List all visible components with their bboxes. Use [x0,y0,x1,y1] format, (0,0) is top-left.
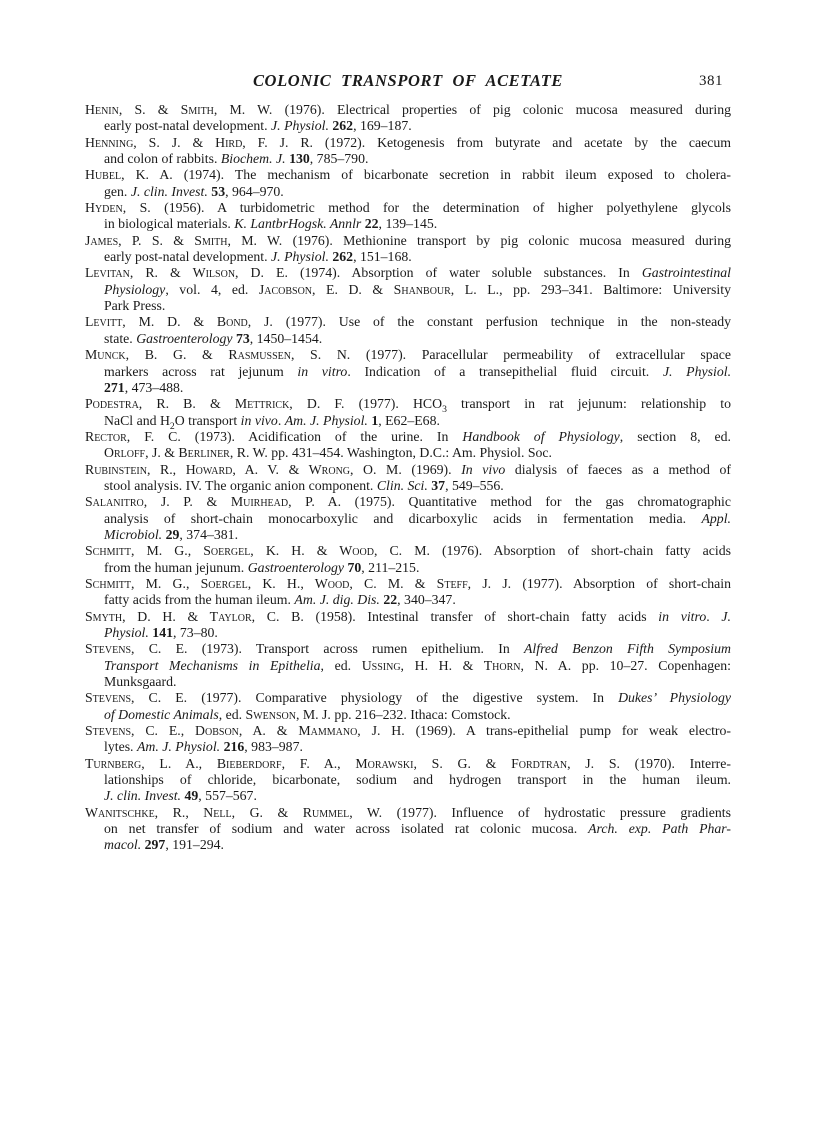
text-segment: (1977). Paracellular permeability of ext… [350,347,731,362]
text-segment: , ed. [219,707,246,722]
journal-page: COLONIC TRANSPORT OF ACETATE 381 Henin, … [0,0,816,1127]
text-segment: lytes. [104,739,137,754]
text-segment: J. [721,609,731,624]
text-segment: Handbook of Physiology [462,429,619,444]
reference-line: Wanitschke, R., Nell, G. & Rummel, W. (1… [85,805,731,821]
text-segment: from the human jejunum. [104,560,248,575]
reference-line: Stevens, C. E., Dobson, A. & Mammano, J.… [85,723,731,739]
reference-line: Levitt, M. D. & Bond, J. (1977). Use of … [85,314,731,330]
text-segment: gen. [104,184,131,199]
text-segment: transport in rat jejunum: relationship t… [447,396,731,411]
reference-entry: Henning, S. J. & Hird, F. J. R. (1972). … [85,135,731,168]
reference-line: Rubinstein, R., Howard, A. V. & Wrong, O… [85,462,731,478]
text-segment: Henning, S. J. & Hird, F. J. R. [85,135,313,150]
text-segment: in vitro [658,609,706,624]
text-segment: macol. [104,837,141,852]
text-segment: Stevens, C. E. [85,641,187,656]
text-segment: , ed. [321,658,362,673]
text-segment: Park Press. [104,298,165,313]
reference-line: in biological materials. K. LantbrHogsk.… [85,216,731,232]
reference-line: Schmitt, M. G., Soergel, K. H., Wood, C.… [85,576,731,592]
reference-line: Stevens, C. E. (1977). Comparative physi… [85,690,731,706]
text-segment: . [706,609,721,624]
text-segment: pp. 10–27. Copenhagen: [571,658,731,673]
text-segment: (1956). A turbidometric method for the d… [151,200,731,215]
text-segment: , 473–488. [125,380,184,395]
reference-line: on net transfer of sodium and water acro… [85,821,731,837]
text-segment: (1969). [402,462,461,477]
text-segment: 262 [332,249,353,264]
text-segment: Salanitro, J. P. & Muirhead, P. A. [85,494,341,509]
reference-line: gen. J. clin. Invest. 53, 964–970. [85,184,731,200]
text-segment: 262 [332,118,353,133]
text-segment: analysis of short-chain monocarboxylic a… [104,511,701,526]
reference-line: Rector, F. C. (1973). Acidification of t… [85,429,731,445]
text-segment: , 73–80. [173,625,218,640]
text-segment: 271 [104,380,125,395]
text-segment: Microbiol. [104,527,162,542]
reference-entry: Levitan, R. & Wilson, D. E. (1974). Abso… [85,265,731,314]
text-segment: 22 [365,216,379,231]
text-segment: pp. 431–454. Washington, D.C.: Am. Physi… [268,445,552,460]
text-segment: Am. J. Physiol. [285,413,368,428]
reference-line: 271, 473–488. [85,380,731,396]
text-segment: (1976). Electrical properties of pig col… [272,102,731,117]
reference-line: markers across rat jejunum in vitro. Ind… [85,364,731,380]
text-segment: , 1450–1454. [250,331,322,346]
text-segment: Biochem. J. [221,151,286,166]
text-segment: K. LantbrHogsk. Annlr [234,216,361,231]
text-segment: In vivo [461,462,505,477]
reference-list: Henin, S. & Smith, M. W. (1976). Electri… [85,102,731,854]
text-segment: . [278,413,285,428]
text-segment: Am. J. dig. Dis. [294,592,379,607]
reference-line: Hyden, S. (1956). A turbidometric method… [85,200,731,216]
reference-line: of Domestic Animals, ed. Swenson, M. J. … [85,707,731,723]
text-segment: Wanitschke, R., Nell, G. & Rummel, W. [85,805,382,820]
text-segment: , 191–294. [165,837,224,852]
text-segment: Clin. Sci. [377,478,428,493]
text-segment: Hyden, S. [85,200,151,215]
reference-line: J. clin. Invest. 49, 557–567. [85,788,731,804]
text-segment: (1973). Acidification of the urine. In [181,429,463,444]
reference-line: Physiol. 141, 73–80. [85,625,731,641]
text-segment: lationships of chloride, bicarbonate, so… [104,772,731,787]
text-segment: . Indication of a transepithelial fluid … [347,364,663,379]
text-segment: Stevens, C. E. [85,690,187,705]
reference-line: Levitan, R. & Wilson, D. E. (1974). Abso… [85,265,731,281]
text-segment: (1974). The mechanism of bicarbonate sec… [173,167,731,182]
reference-line: analysis of short-chain monocarboxylic a… [85,511,731,527]
text-segment: Schmitt, M. G., Soergel, K. H., Wood, C.… [85,576,511,591]
reference-line: macol. 297, 191–294. [85,837,731,853]
reference-entry: Stevens, C. E. (1973). Transport across … [85,641,731,690]
reference-entry: Levitt, M. D. & Bond, J. (1977). Use of … [85,314,731,347]
text-segment: fatty acids from the human ileum. [104,592,294,607]
text-segment: , 785–790. [310,151,369,166]
reference-line: Schmitt, M. G., Soergel, K. H. & Wood, C… [85,543,731,559]
text-segment: (1977). Use of the constant perfusion te… [273,314,731,329]
reference-entry: Stevens, C. E., Dobson, A. & Mammano, J.… [85,723,731,756]
text-segment: Alfred Benzon Fifth Symposium [524,641,731,656]
reference-line: early post-natal development. J. Physiol… [85,118,731,134]
page-content: COLONIC TRANSPORT OF ACETATE 381 Henin, … [85,71,731,854]
text-segment: J. clin. Invest. [104,788,181,803]
text-segment: , 557–567. [198,788,257,803]
text-segment: , 151–168. [353,249,412,264]
reference-line: and colon of rabbits. Biochem. J. 130, 7… [85,151,731,167]
text-segment: Arch. exp. Path Phar- [588,821,731,836]
text-segment: (1977). Absorption of short-chain [511,576,731,591]
text-segment: (1970). Interre- [620,756,731,771]
reference-line: Microbiol. 29, 374–381. [85,527,731,543]
text-segment: 73 [236,331,250,346]
text-segment: , 139–145. [379,216,438,231]
text-segment: Rector, F. C. [85,429,181,444]
text-segment: Gastrointestinal [642,265,731,280]
text-segment: (1977). Influence of hydrostatic pressur… [382,805,731,820]
text-segment: 216 [224,739,245,754]
text-segment: (1958). Intestinal transfer of short-cha… [304,609,659,624]
text-segment: Gastroenterology [136,331,232,346]
text-segment: markers across rat jejunum [104,364,297,379]
text-segment: 29 [166,527,180,542]
text-segment: and colon of rabbits. [104,151,221,166]
text-segment: Appl. [701,511,731,526]
text-segment: 22 [383,592,397,607]
text-segment: , 374–381. [179,527,238,542]
reference-entry: Schmitt, M. G., Soergel, K. H. & Wood, C… [85,543,731,576]
text-segment: J. Physiol. [271,249,329,264]
reference-line: Stevens, C. E. (1973). Transport across … [85,641,731,657]
reference-entry: Henin, S. & Smith, M. W. (1976). Electri… [85,102,731,135]
text-segment: pp. 216–232. Ithaca: Comstock. [331,707,511,722]
reference-entry: Stevens, C. E. (1977). Comparative physi… [85,690,731,723]
text-segment: in vivo [241,413,278,428]
reference-line: Turnberg, L. A., Bieberdorf, F. A., Mora… [85,756,731,772]
text-segment: (1976). Absorption of short-chain fatty … [430,543,731,558]
text-segment: (1976). Methionine transport by pig colo… [282,233,731,248]
reference-entry: Smyth, D. H. & Taylor, C. B. (1958). Int… [85,609,731,642]
text-segment: 37 [431,478,445,493]
text-segment: , 340–347. [397,592,456,607]
text-segment: , 983–987. [244,739,303,754]
reference-line: lationships of chloride, bicarbonate, so… [85,772,731,788]
text-segment: in vitro [297,364,347,379]
text-segment: Jacobson, E. D. & Shanbour, L. L. [259,282,499,297]
text-segment: 141 [152,625,173,640]
reference-entry: Rector, F. C. (1973). Acidification of t… [85,429,731,462]
page-number: 381 [699,73,723,90]
reference-entry: Hubel, K. A. (1974). The mechanism of bi… [85,167,731,200]
text-segment: Turnberg, L. A., Bieberdorf, F. A., Mora… [85,756,620,771]
reference-line: Salanitro, J. P. & Muirhead, P. A. (1975… [85,494,731,510]
text-segment: Physiology [104,282,165,297]
reference-line: state. Gastroenterology 73, 1450–1454. [85,331,731,347]
text-segment: (1977). Comparative physiology of the di… [187,690,618,705]
reference-line: Podestra, R. B. & Mettrick, D. F. (1977)… [85,396,731,412]
text-segment: , vol. 4, ed. [165,282,259,297]
text-segment: , 211–215. [361,560,419,575]
text-segment: state. [104,331,136,346]
text-segment: Podestra, R. B. & Mettrick, D. F. [85,396,344,411]
reference-entry: Salanitro, J. P. & Muirhead, P. A. (1975… [85,494,731,543]
reference-line: Smyth, D. H. & Taylor, C. B. (1958). Int… [85,609,731,625]
text-segment: Dukes’ Physiology [618,690,731,705]
reference-entry: Munck, B. G. & Rasmussen, S. N. (1977). … [85,347,731,396]
reference-line: fatty acids from the human ileum. Am. J.… [85,592,731,608]
text-segment: , section 8, ed. [620,429,731,444]
text-segment: J. clin. Invest. [131,184,208,199]
text-segment: Transport Mechanisms in Epithelia [104,658,321,673]
reference-entry: Hyden, S. (1956). A turbidometric method… [85,200,731,233]
text-segment: , 549–556. [445,478,504,493]
page-header: COLONIC TRANSPORT OF ACETATE 381 [85,71,731,94]
reference-line: stool analysis. IV. The organic anion co… [85,478,731,494]
text-segment: early post-natal development. [104,249,271,264]
text-segment: Munksgaard. [104,674,176,689]
text-segment: in biological materials. [104,216,234,231]
text-segment: Ussing, H. H. & Thorn, N. A. [362,658,572,673]
reference-line: Munck, B. G. & Rasmussen, S. N. (1977). … [85,347,731,363]
text-segment: , pp. 293–341. Baltimore: University [499,282,731,297]
reference-entry: Rubinstein, R., Howard, A. V. & Wrong, O… [85,462,731,495]
reference-line: lytes. Am. J. Physiol. 216, 983–987. [85,739,731,755]
reference-line: Transport Mechanisms in Epithelia, ed. U… [85,658,731,674]
text-segment: Am. J. Physiol. [137,739,220,754]
reference-line: James, P. S. & Smith, M. W. (1976). Meth… [85,233,731,249]
text-segment: (1972). Ketogenesis from butyrate and ac… [313,135,731,150]
text-segment: , E62–E68. [378,413,440,428]
reference-entry: Schmitt, M. G., Soergel, K. H., Wood, C.… [85,576,731,609]
text-segment: 49 [184,788,198,803]
reference-entry: Podestra, R. B. & Mettrick, D. F. (1977)… [85,396,731,429]
text-segment: (1975). Quantitative method for the gas … [341,494,731,509]
reference-line: Park Press. [85,298,731,314]
text-segment: Physiol. [104,625,149,640]
text-segment: James, P. S. & Smith, M. W. [85,233,282,248]
text-segment: Munck, B. G. & Rasmussen, S. N. [85,347,350,362]
text-segment: O transport [175,413,241,428]
text-segment: 70 [347,560,361,575]
reference-entry: James, P. S. & Smith, M. W. (1976). Meth… [85,233,731,266]
reference-entry: Wanitschke, R., Nell, G. & Rummel, W. (1… [85,805,731,854]
running-head-title: COLONIC TRANSPORT OF ACETATE [85,71,731,91]
text-segment: on net transfer of sodium and water acro… [104,821,588,836]
text-segment: of Domestic Animals [104,707,219,722]
text-segment: (1977). HCO [344,396,442,411]
reference-line: Henning, S. J. & Hird, F. J. R. (1972). … [85,135,731,151]
reference-line: NaCl and H2O transport in vivo. Am. J. P… [85,413,731,429]
text-segment: dialysis of faeces as a method of [505,462,731,477]
text-segment: Levitan, R. & Wilson, D. E. [85,265,288,280]
text-segment: Rubinstein, R., Howard, A. V. & Wrong, O… [85,462,402,477]
reference-entry: Turnberg, L. A., Bieberdorf, F. A., Mora… [85,756,731,805]
reference-line: from the human jejunum. Gastroenterology… [85,560,731,576]
text-segment: , 169–187. [353,118,412,133]
text-segment: J. Physiol. [663,364,731,379]
text-segment: Levitt, M. D. & Bond, J. [85,314,273,329]
text-segment: , 964–970. [225,184,284,199]
reference-line: Munksgaard. [85,674,731,690]
text-segment: Swenson, M. J. [246,707,331,722]
text-segment: Smyth, D. H. & Taylor, C. B. [85,609,304,624]
text-segment: early post-natal development. [104,118,271,133]
reference-line: Henin, S. & Smith, M. W. (1976). Electri… [85,102,731,118]
text-segment: Orloff, J. & Berliner, R. W. [104,445,268,460]
text-segment: 297 [145,837,166,852]
reference-line: Physiology, vol. 4, ed. Jacobson, E. D. … [85,282,731,298]
reference-line: Hubel, K. A. (1974). The mechanism of bi… [85,167,731,183]
text-segment: (1969). A trans-epithelial pump for weak… [405,723,731,738]
text-segment: Gastroenterology [248,560,344,575]
text-segment: 130 [289,151,310,166]
text-segment: Hubel, K. A. [85,167,173,182]
reference-line: Orloff, J. & Berliner, R. W. pp. 431–454… [85,445,731,461]
text-segment: (1973). Transport across rumen epitheliu… [187,641,524,656]
text-segment: Stevens, C. E., Dobson, A. & Mammano, J.… [85,723,405,738]
text-segment: J. Physiol. [271,118,329,133]
text-segment: Henin, S. & Smith, M. W. [85,102,272,117]
reference-line: early post-natal development. J. Physiol… [85,249,731,265]
text-segment: 53 [211,184,225,199]
text-segment: stool analysis. IV. The organic anion co… [104,478,377,493]
text-segment: NaCl and H [104,413,170,428]
text-segment: Schmitt, M. G., Soergel, K. H. & Wood, C… [85,543,430,558]
text-segment: (1974). Absorption of water soluble subs… [288,265,642,280]
